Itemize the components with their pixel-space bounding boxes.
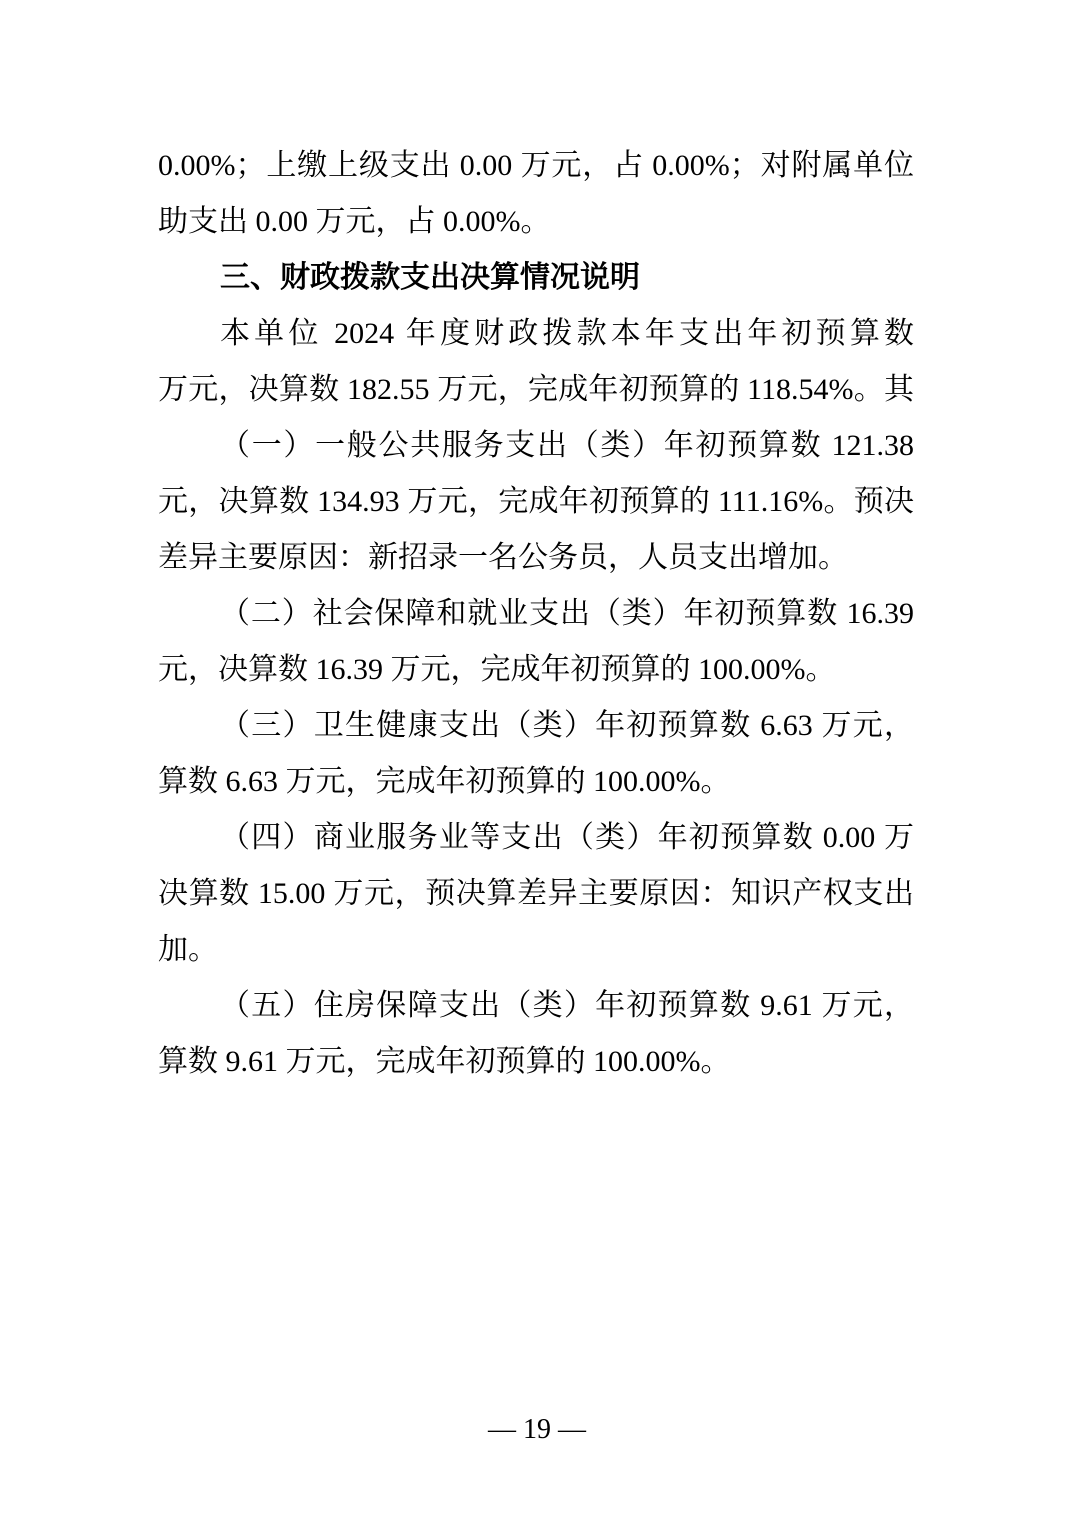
paragraph-line: （五）住房保障支出（类）年初预算数 9.61 万元，决 bbox=[158, 978, 914, 1034]
document-page: 0.00%；上缴上级支出 0.00 万元，占 0.00%；对附属单位补 助支出 … bbox=[0, 0, 1074, 1520]
paragraph-line: 万元，决算数 182.55 万元，完成年初预算的 118.54%。其中： bbox=[158, 362, 914, 418]
page-number: — 19 — bbox=[0, 1402, 1074, 1458]
paragraph-line: （三）卫生健康支出（类）年初预算数 6.63 万元，决 bbox=[158, 698, 914, 754]
paragraph-line: （四）商业服务业等支出（类）年初预算数 0.00 万元， bbox=[158, 810, 914, 866]
paragraph-line: 本单位 2024 年度财政拨款本年支出年初预算数 154.00 bbox=[158, 306, 914, 362]
paragraph-line: 元，决算数 134.93 万元，完成年初预算的 111.16%。预决算 bbox=[158, 474, 914, 530]
paragraph-line: （一）一般公共服务支出（类）年初预算数 121.38 万 bbox=[158, 418, 914, 474]
paragraph-line: 算数 9.61 万元，完成年初预算的 100.00%。 bbox=[158, 1034, 914, 1090]
paragraph-line: 0.00%；上缴上级支出 0.00 万元，占 0.00%；对附属单位补 bbox=[158, 138, 914, 194]
section-heading: 三、财政拨款支出决算情况说明 bbox=[158, 250, 914, 306]
paragraph-line: 算数 6.63 万元，完成年初预算的 100.00%。 bbox=[158, 754, 914, 810]
paragraph-line: 元，决算数 16.39 万元，完成年初预算的 100.00%。 bbox=[158, 642, 914, 698]
paragraph-line: 差异主要原因：新招录一名公务员，人员支出增加。 bbox=[158, 530, 914, 586]
paragraph-line: （二）社会保障和就业支出（类）年初预算数 16.39 万 bbox=[158, 586, 914, 642]
paragraph-line: 加。 bbox=[158, 922, 914, 978]
document-body: 0.00%；上缴上级支出 0.00 万元，占 0.00%；对附属单位补 助支出 … bbox=[158, 138, 914, 1090]
paragraph-line: 助支出 0.00 万元，占 0.00%。 bbox=[158, 194, 914, 250]
paragraph-line: 决算数 15.00 万元，预决算差异主要原因：知识产权支出增 bbox=[158, 866, 914, 922]
